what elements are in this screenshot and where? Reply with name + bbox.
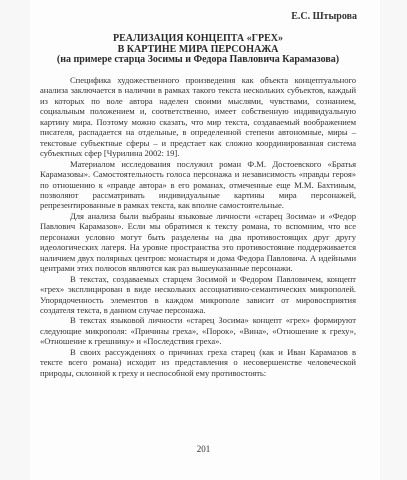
- paragraph: В текстах, создаваемых старцем Зосимой и…: [40, 274, 356, 316]
- article-body: Специфика художественного произведения к…: [40, 75, 356, 378]
- page-number: 201: [0, 444, 407, 454]
- title-line-1: РЕАЛИЗАЦИЯ КОНЦЕПТА «ГРЕХ»: [40, 34, 356, 45]
- paragraph: В своих рассуждениях о причинах греха ст…: [40, 347, 356, 378]
- paragraph: Для анализа были выбраны языковые личнос…: [40, 211, 356, 274]
- author-name: Е.С. Штырова: [291, 11, 357, 22]
- title-subtitle: (на примере старца Зосимы и Федора Павло…: [40, 55, 356, 66]
- paragraph: Материалом исследования послужил роман Ф…: [40, 159, 356, 211]
- paragraph: В текстах языковой личности «старец Зоси…: [40, 315, 356, 346]
- article-title: РЕАЛИЗАЦИЯ КОНЦЕПТА «ГРЕХ» В КАРТИНЕ МИР…: [40, 34, 356, 66]
- paragraph: Специфика художественного произведения к…: [40, 75, 356, 159]
